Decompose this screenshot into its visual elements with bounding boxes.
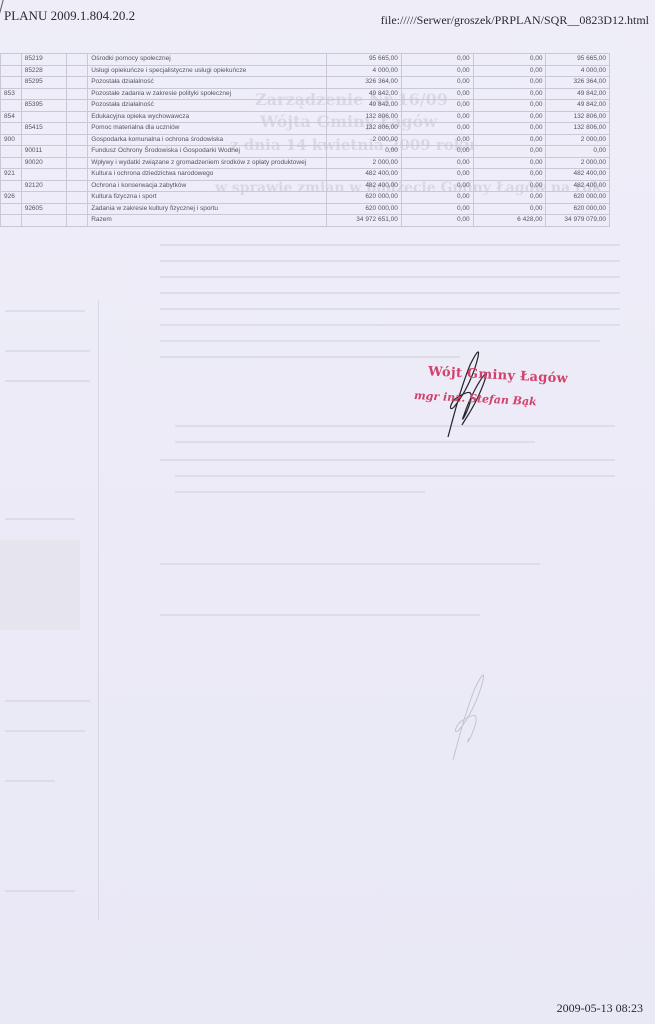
- plan-after-cell: 482 400,00: [546, 169, 610, 181]
- section-code-cell: 926: [1, 192, 22, 204]
- increase-cell: 0,00: [473, 192, 546, 204]
- item-name-cell: Zadania w zakresie kultury fizycznej i s…: [88, 203, 327, 215]
- chapter-code-cell: 92120: [21, 180, 66, 192]
- official-stamp: Wójt Gminy Łagów mgr inż. Stefan Bąk: [428, 368, 568, 406]
- increase-cell: 6 428,00: [473, 215, 546, 227]
- decrease-cell: 0,00: [401, 77, 473, 89]
- decrease-cell: 0,00: [401, 146, 473, 158]
- item-name-cell: Usługi opiekuńcze i specjalistyczne usłu…: [88, 65, 327, 77]
- plan-before-cell: 132 806,00: [327, 111, 401, 123]
- plan-before-cell: 132 806,00: [327, 123, 401, 135]
- chapter-code-cell: [21, 88, 66, 100]
- chapter-code-cell: 85219: [21, 54, 66, 66]
- plan-before-cell: 34 972 651,00: [327, 215, 401, 227]
- plan-after-cell: 326 364,00: [546, 77, 610, 89]
- ghost-line: [160, 308, 620, 310]
- item-name-cell: Gospodarka komunalna i ochrona środowisk…: [88, 134, 327, 146]
- table-row: 92605Zadania w zakresie kultury fizyczne…: [1, 203, 610, 215]
- paragraph-cell: [66, 203, 88, 215]
- ghost-line: [5, 780, 55, 782]
- plan-after-cell: 482 400,00: [546, 180, 610, 192]
- plan-after-cell: 2 000,00: [546, 157, 610, 169]
- decrease-cell: 0,00: [401, 215, 473, 227]
- ghost-line: [5, 350, 90, 352]
- decrease-cell: 0,00: [401, 134, 473, 146]
- ghost-line: [5, 730, 85, 732]
- increase-cell: 0,00: [473, 77, 546, 89]
- decrease-cell: 0,00: [401, 169, 473, 181]
- increase-cell: 0,00: [473, 111, 546, 123]
- chapter-code-cell: 85228: [21, 65, 66, 77]
- plan-before-cell: 2 000,00: [327, 134, 401, 146]
- stamp-title: Wójt Gminy Łagów: [428, 364, 569, 386]
- increase-cell: 0,00: [473, 203, 546, 215]
- section-code-cell: [1, 203, 22, 215]
- table-row: 85219Ośrodki pomocy społecznej95 665,000…: [1, 54, 610, 66]
- chapter-code-cell: 85415: [21, 123, 66, 135]
- chapter-code-cell: [21, 134, 66, 146]
- page-fold: [98, 300, 99, 920]
- paragraph-cell: [66, 100, 88, 112]
- ghost-line: [160, 292, 620, 294]
- plan-after-cell: 49 842,00: [546, 100, 610, 112]
- table-row: 900Gospodarka komunalna i ochrona środow…: [1, 134, 610, 146]
- decrease-cell: 0,00: [401, 180, 473, 192]
- plan-before-cell: 4 000,00: [327, 65, 401, 77]
- plan-after-cell: 132 806,00: [546, 111, 610, 123]
- plan-after-cell: 132 806,00: [546, 123, 610, 135]
- ghost-line: [160, 563, 540, 565]
- chapter-code-cell: 85295: [21, 77, 66, 89]
- decrease-cell: 0,00: [401, 123, 473, 135]
- section-code-cell: [1, 123, 22, 135]
- increase-cell: 0,00: [473, 88, 546, 100]
- item-name-cell: Pozostałe zadania w zakresie polityki sp…: [88, 88, 327, 100]
- chapter-code-cell: 85395: [21, 100, 66, 112]
- decrease-cell: 0,00: [401, 192, 473, 204]
- plan-before-cell: 49 842,00: [327, 88, 401, 100]
- decrease-cell: 0,00: [401, 88, 473, 100]
- decrease-cell: 0,00: [401, 111, 473, 123]
- paragraph-cell: [66, 65, 88, 77]
- section-code-cell: [1, 157, 22, 169]
- header-file-path: file://///Serwer/groszek/PRPLAN/SQR__082…: [381, 13, 649, 28]
- table-row: 85395Pozostała działalność49 842,000,000…: [1, 100, 610, 112]
- ghost-line: [175, 491, 425, 493]
- chapter-code-cell: [21, 192, 66, 204]
- table-row: 85295Pozostała działalność326 364,000,00…: [1, 77, 610, 89]
- paragraph-cell: [66, 123, 88, 135]
- section-code-cell: [1, 146, 22, 158]
- paragraph-cell: [66, 88, 88, 100]
- table-row: 921Kultura i ochrona dziedzictwa narodow…: [1, 169, 610, 181]
- section-code-cell: [1, 65, 22, 77]
- ghost-line: [160, 340, 600, 342]
- plan-before-cell: 620 000,00: [327, 192, 401, 204]
- increase-cell: 0,00: [473, 157, 546, 169]
- chapter-code-cell: 90020: [21, 157, 66, 169]
- increase-cell: 0,00: [473, 146, 546, 158]
- plan-after-cell: 2 000,00: [546, 134, 610, 146]
- paragraph-cell: [66, 54, 88, 66]
- plan-after-cell: 49 842,00: [546, 88, 610, 100]
- plan-before-cell: 482 400,00: [327, 169, 401, 181]
- ghost-line: [160, 260, 620, 262]
- table-row: 85228Usługi opiekuńcze i specjalistyczne…: [1, 65, 610, 77]
- chapter-code-cell: [21, 111, 66, 123]
- section-code-cell: [1, 77, 22, 89]
- section-code-cell: 921: [1, 169, 22, 181]
- scanned-page: PLANU 2009.1.804.20.2 file://///Serwer/g…: [0, 0, 655, 1024]
- ghost-line: [160, 459, 615, 461]
- increase-cell: 0,00: [473, 123, 546, 135]
- section-code-cell: [1, 54, 22, 66]
- faint-signature-icon: [445, 668, 505, 768]
- plan-before-cell: 49 842,00: [327, 100, 401, 112]
- item-name-cell: Edukacyjna opieka wychowawcza: [88, 111, 327, 123]
- item-name-cell: Fundusz Ochrony Środowiska i Gospodarki …: [88, 146, 327, 158]
- ghost-line: [160, 244, 620, 246]
- paragraph-cell: [66, 134, 88, 146]
- ghost-line: [175, 425, 615, 427]
- plan-before-cell: 0,00: [327, 146, 401, 158]
- table-row: 90011Fundusz Ochrony Środowiska i Gospod…: [1, 146, 610, 158]
- decrease-cell: 0,00: [401, 100, 473, 112]
- item-name-cell: Ośrodki pomocy społecznej: [88, 54, 327, 66]
- increase-cell: 0,00: [473, 65, 546, 77]
- ghost-block: [0, 540, 80, 630]
- plan-before-cell: 2 000,00: [327, 157, 401, 169]
- plan-after-cell: 95 665,00: [546, 54, 610, 66]
- plan-after-cell: 34 979 079,00: [546, 215, 610, 227]
- plan-before-cell: 326 364,00: [327, 77, 401, 89]
- table-row: 926Kultura fizyczna i sport620 000,000,0…: [1, 192, 610, 204]
- section-code-cell: 853: [1, 88, 22, 100]
- item-name-cell: Pomoc materialna dla uczniów: [88, 123, 327, 135]
- increase-cell: 0,00: [473, 100, 546, 112]
- item-name-cell: Kultura i ochrona dziedzictwa narodowego: [88, 169, 327, 181]
- ghost-line: [5, 518, 75, 520]
- budget-table: 85219Ośrodki pomocy społecznej95 665,000…: [0, 53, 610, 227]
- paragraph-cell: [66, 215, 88, 227]
- paragraph-cell: [66, 180, 88, 192]
- plan-before-cell: 620 000,00: [327, 203, 401, 215]
- paragraph-cell: [66, 169, 88, 181]
- print-timestamp: 2009-05-13 08:23: [557, 1001, 643, 1016]
- table-row: 853Pozostałe zadania w zakresie polityki…: [1, 88, 610, 100]
- item-name-cell: Kultura fizyczna i sport: [88, 192, 327, 204]
- plan-after-cell: 0,00: [546, 146, 610, 158]
- ghost-line: [175, 475, 615, 477]
- chapter-code-cell: [21, 215, 66, 227]
- chapter-code-cell: 92605: [21, 203, 66, 215]
- ghost-line: [160, 276, 620, 278]
- table-row: 854Edukacyjna opieka wychowawcza132 806,…: [1, 111, 610, 123]
- header-plan-id: PLANU 2009.1.804.20.2: [4, 8, 135, 24]
- paragraph-cell: [66, 146, 88, 158]
- decrease-cell: 0,00: [401, 54, 473, 66]
- ghost-line: [160, 324, 620, 326]
- table-row: 92120Ochrona i konserwacja zabytków482 4…: [1, 180, 610, 192]
- plan-before-cell: 95 665,00: [327, 54, 401, 66]
- item-name-cell: Wpływy i wydatki związane z gromadzeniem…: [88, 157, 327, 169]
- item-name-cell: Ochrona i konserwacja zabytków: [88, 180, 327, 192]
- ghost-line: [160, 356, 460, 358]
- increase-cell: 0,00: [473, 180, 546, 192]
- chapter-code-cell: 90011: [21, 146, 66, 158]
- paragraph-cell: [66, 192, 88, 204]
- ghost-line: [160, 614, 480, 616]
- section-code-cell: 900: [1, 134, 22, 146]
- decrease-cell: 0,00: [401, 203, 473, 215]
- chapter-code-cell: [21, 169, 66, 181]
- paragraph-cell: [66, 111, 88, 123]
- plan-before-cell: 482 400,00: [327, 180, 401, 192]
- ghost-line: [5, 310, 85, 312]
- decrease-cell: 0,00: [401, 157, 473, 169]
- ghost-line: [5, 890, 75, 892]
- plan-after-cell: 4 000,00: [546, 65, 610, 77]
- item-name-cell: Pozostała działalność: [88, 77, 327, 89]
- section-code-cell: [1, 180, 22, 192]
- section-code-cell: 854: [1, 111, 22, 123]
- paragraph-cell: [66, 157, 88, 169]
- table-row: 85415Pomoc materialna dla uczniów132 806…: [1, 123, 610, 135]
- item-name-cell: Razem: [88, 215, 327, 227]
- plan-after-cell: 620 000,00: [546, 192, 610, 204]
- ghost-line: [5, 700, 90, 702]
- table-row: 90020Wpływy i wydatki związane z gromadz…: [1, 157, 610, 169]
- paragraph-cell: [66, 77, 88, 89]
- increase-cell: 0,00: [473, 54, 546, 66]
- increase-cell: 0,00: [473, 169, 546, 181]
- plan-after-cell: 620 000,00: [546, 203, 610, 215]
- section-code-cell: [1, 100, 22, 112]
- increase-cell: 0,00: [473, 134, 546, 146]
- ghost-line: [5, 380, 90, 382]
- decrease-cell: 0,00: [401, 65, 473, 77]
- table-row: Razem34 972 651,000,006 428,0034 979 079…: [1, 215, 610, 227]
- item-name-cell: Pozostała działalność: [88, 100, 327, 112]
- section-code-cell: [1, 215, 22, 227]
